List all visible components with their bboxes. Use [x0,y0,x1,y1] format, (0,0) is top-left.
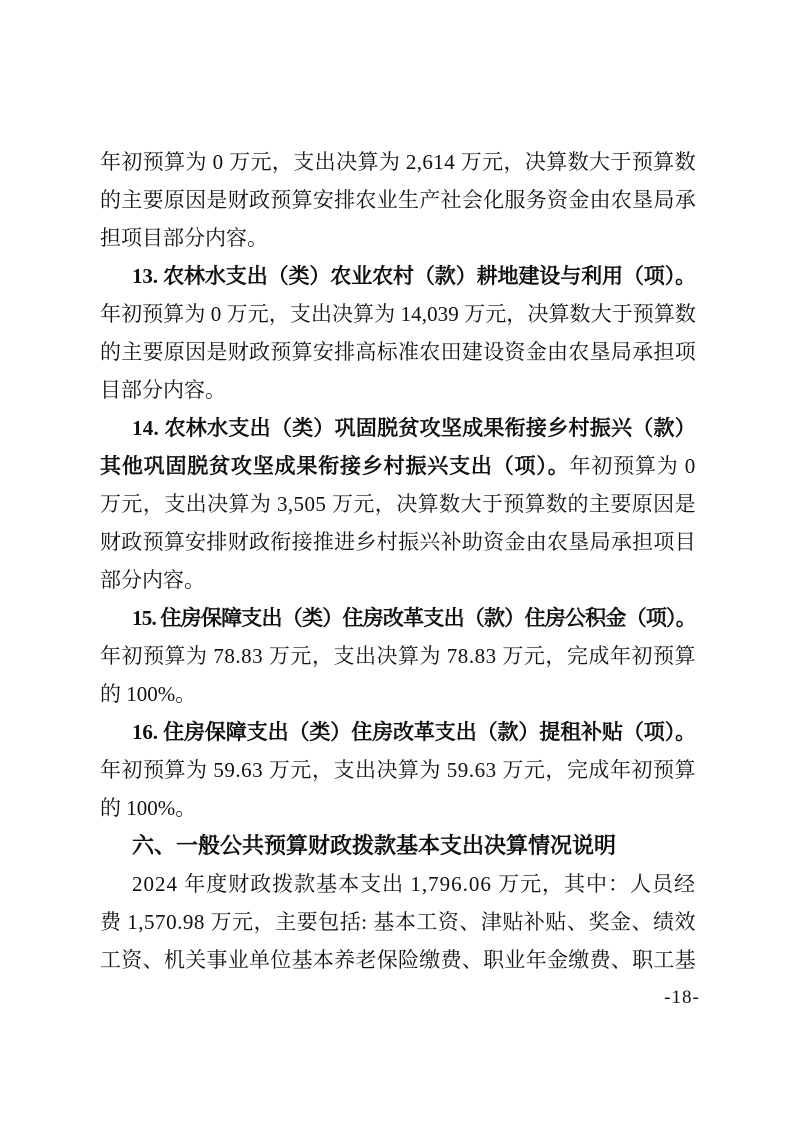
text-line: 16. 住房保障支出（类）住房改革支出（款）提租补贴（项）。 [100,713,696,751]
text-segment: 年初预算为 59.63 万元，支出决算为 59.63 万元，完成年初预算 [100,758,696,782]
text-line: 费 1,570.98 万元，主要包括: 基本工资、津贴补贴、奖金、绩效 [100,903,696,941]
text-line: 工资、机关事业单位基本养老保险缴费、职业年金缴费、职工基 [100,941,696,979]
text-line: 部分内容。 [100,561,696,599]
text-segment: 其他巩固脱贫攻坚成果衔接乡村振兴支出（项）。 [100,454,570,478]
text-segment: 年初预算为 0 万元，支出决算为 2,614 万元，决算数大于预算数 [100,150,696,174]
text-line: 14. 农林水支出（类）巩固脱贫攻坚成果衔接乡村振兴（款） [100,409,696,447]
text-line: 目部分内容。 [100,371,696,409]
text-segment: 13. 农林水支出（类）农业农村（款）耕地建设与利用（项）。 [132,264,696,288]
text-segment: 2024 年度财政拨款基本支出 1,796.06 万元，其中：人员经 [132,872,696,896]
text-line: 年初预算为 0 万元，支出决算为 14,039 万元，决算数大于预算数 [100,295,696,333]
text-segment: 费 1,570.98 万元，主要包括: 基本工资、津贴补贴、奖金、绩效 [100,910,696,934]
text-segment: 14. 农林水支出（类）巩固脱贫攻坚成果衔接乡村振兴（款） [132,416,696,440]
text-segment: 财政预算安排财政衔接推进乡村振兴补助资金由农垦局承担项目 [100,530,696,554]
document-page: 年初预算为 0 万元，支出决算为 2,614 万元，决算数大于预算数的主要原因是… [0,0,794,1123]
text-line: 年初预算为 0 万元，支出决算为 2,614 万元，决算数大于预算数 [100,143,696,181]
text-line: 担项目部分内容。 [100,219,696,257]
text-line: 万元，支出决算为 3,505 万元，决算数大于预算数的主要原因是 [100,485,696,523]
text-line: 的 100%。 [100,789,696,827]
text-segment: 担项目部分内容。 [100,226,268,250]
text-line: 13. 农林水支出（类）农业农村（款）耕地建设与利用（项）。 [100,257,696,295]
text-segment: 的 100%。 [100,796,196,820]
text-line: 的 100%。 [100,675,696,713]
text-line: 的主要原因是财政预算安排农业生产社会化服务资金由农垦局承 [100,181,696,219]
text-segment: 工资、机关事业单位基本养老保险缴费、职业年金缴费、职工基 [100,948,696,972]
text-segment: 的 100%。 [100,682,196,706]
text-segment: 的主要原因是财政预算安排高标准农田建设资金由农垦局承担项 [100,340,696,364]
document-body: 年初预算为 0 万元，支出决算为 2,614 万元，决算数大于预算数的主要原因是… [100,143,696,979]
text-segment: 15. 住房保障支出（类）住房改革支出（款）住房公积金（项）。 [132,606,696,630]
text-segment: 万元，支出决算为 3,505 万元，决算数大于预算数的主要原因是 [100,492,696,516]
text-line: 六、一般公共预算财政拨款基本支出决算情况说明 [100,827,696,865]
text-line: 15. 住房保障支出（类）住房改革支出（款）住房公积金（项）。 [100,599,696,637]
text-segment: 16. 住房保障支出（类）住房改革支出（款）提租补贴（项）。 [132,720,696,744]
page-number: -18- [650,987,714,1009]
text-segment: 目部分内容。 [100,378,226,402]
text-line: 的主要原因是财政预算安排高标准农田建设资金由农垦局承担项 [100,333,696,371]
text-segment: 年初预算为 78.83 万元，支出决算为 78.83 万元，完成年初预算 [100,644,696,668]
text-segment: 年初预算为 0 [570,454,696,478]
text-line: 财政预算安排财政衔接推进乡村振兴补助资金由农垦局承担项目 [100,523,696,561]
text-line: 其他巩固脱贫攻坚成果衔接乡村振兴支出（项）。年初预算为 0 [100,447,696,485]
section-heading: 六、一般公共预算财政拨款基本支出决算情况说明 [132,833,616,858]
text-segment: 年初预算为 0 万元，支出决算为 14,039 万元，决算数大于预算数 [100,302,696,326]
text-line: 年初预算为 59.63 万元，支出决算为 59.63 万元，完成年初预算 [100,751,696,789]
text-segment: 部分内容。 [100,568,205,592]
text-line: 2024 年度财政拨款基本支出 1,796.06 万元，其中：人员经 [100,865,696,903]
text-line: 年初预算为 78.83 万元，支出决算为 78.83 万元，完成年初预算 [100,637,696,675]
text-segment: 的主要原因是财政预算安排农业生产社会化服务资金由农垦局承 [100,188,696,212]
